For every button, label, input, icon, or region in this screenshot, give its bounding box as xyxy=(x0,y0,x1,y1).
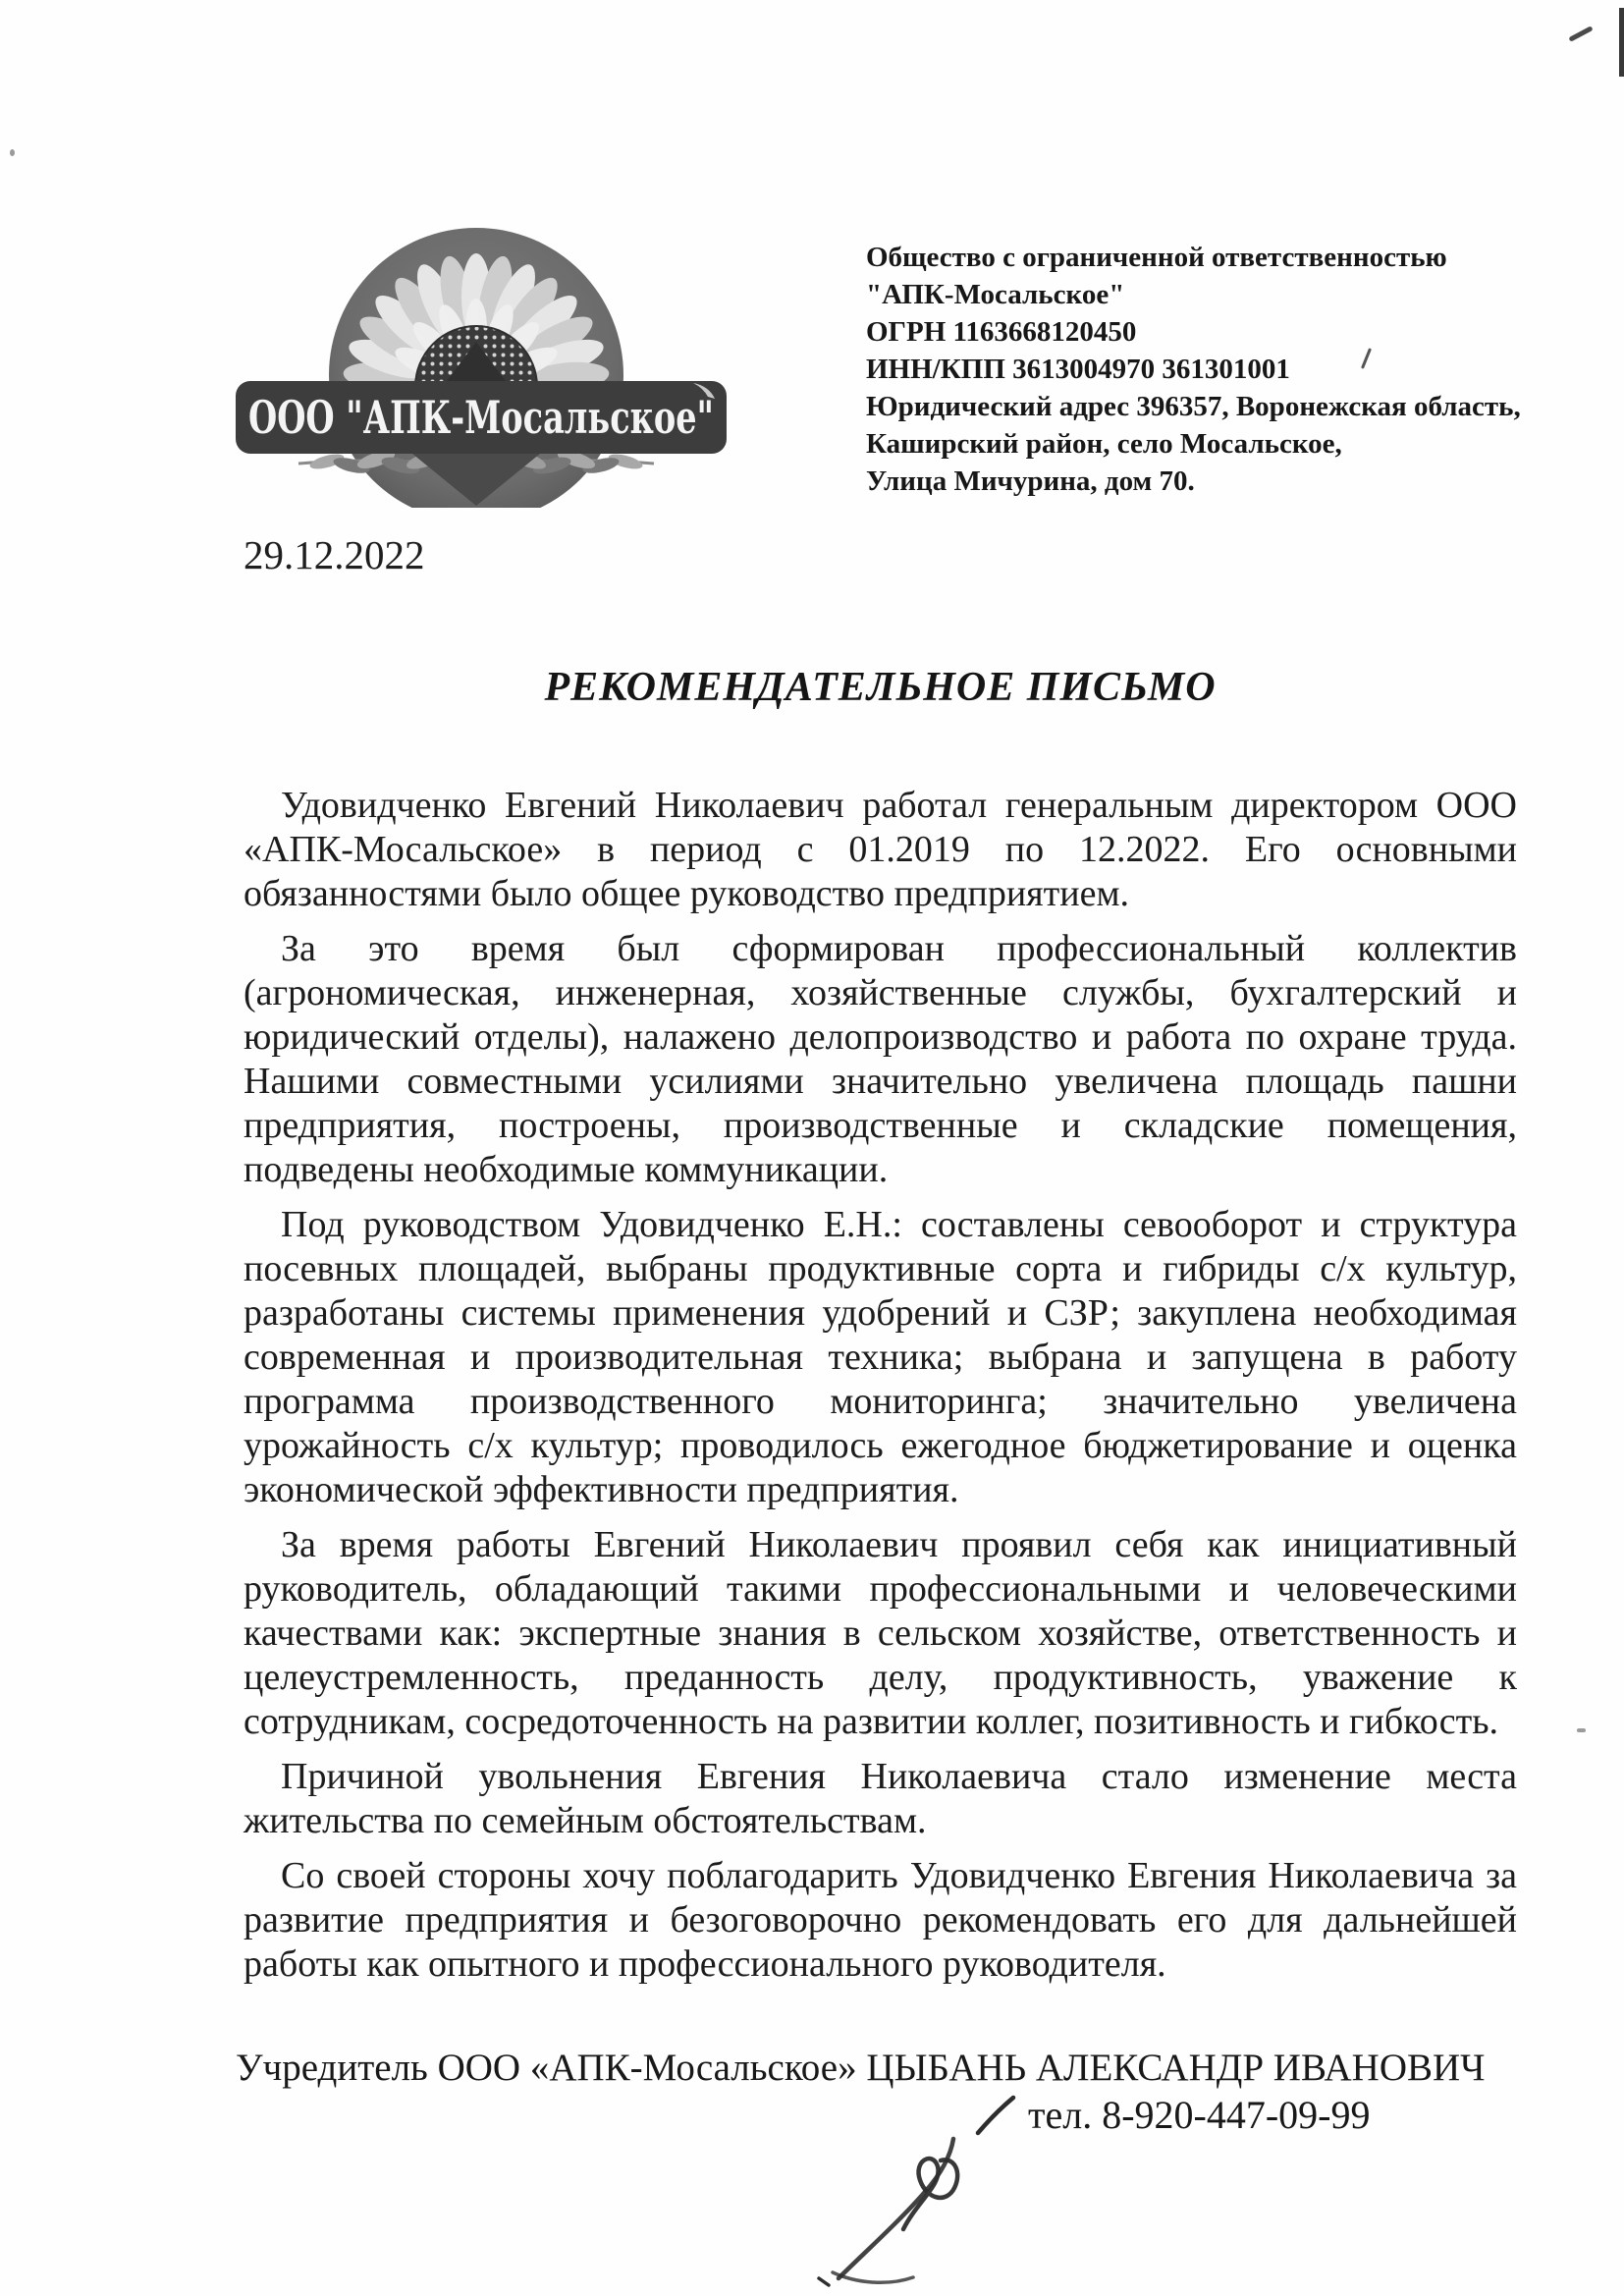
paragraph-intro: Удовидченко Евгений Николаевич работал г… xyxy=(244,784,1517,916)
letterhead-line: "АПК-Мосальское" xyxy=(866,276,1475,313)
paragraph-recommendation: Со своей стороны хочу поблагодарить Удов… xyxy=(244,1854,1517,1987)
letterhead-line-inn-kpp: ИНН/КПП 3613004970 361301001 xyxy=(866,351,1475,388)
scanned-letter-page: ООО "АПК-Мосальское" Общество с ограниче… xyxy=(0,0,1624,2296)
scan-artifact-speck xyxy=(1577,1728,1586,1732)
document-date: 29.12.2022 xyxy=(244,531,425,578)
company-details: Общество с ограниченной ответственностью… xyxy=(866,239,1475,500)
sunflower-wheat-emblem-icon: ООО "АПК-Мосальское" xyxy=(234,218,730,508)
letterhead-line-address: Улица Мичурина, дом 70. xyxy=(866,463,1475,500)
paragraph-qualities: За время работы Евгений Николаевич прояв… xyxy=(244,1523,1517,1744)
scan-artifact-speck xyxy=(10,149,15,156)
paragraph-achievements: Под руководством Удовидченко Е.Н.: соста… xyxy=(244,1203,1517,1512)
letterhead-line-address: Юридический адрес 396357, Воронежская об… xyxy=(866,388,1475,425)
handwritten-signature xyxy=(805,2082,1218,2296)
company-logo: ООО "АПК-Мосальское" xyxy=(234,218,730,508)
letterhead-line-ogrn: ОГРН 1163668120450 xyxy=(866,313,1475,351)
scan-artifact-dash xyxy=(1568,26,1593,42)
logo-banner-text: ООО "АПК-Мосальское" xyxy=(248,391,714,444)
letterhead-line-address: Каширский район, село Мосальское, xyxy=(866,425,1475,463)
document-title: РЕКОМЕНДАТЕЛЬНОЕ ПИСЬМО xyxy=(244,664,1517,711)
letter-body: Удовидченко Евгений Николаевич работал г… xyxy=(244,784,1517,1997)
paragraph-team: За это время был сформирован профессиона… xyxy=(244,927,1517,1192)
letterhead-line: Общество с ограниченной ответственностью xyxy=(866,239,1475,276)
paragraph-reason: Причиной увольнения Евгения Николаевича … xyxy=(244,1755,1517,1843)
scan-artifact-edge-bar xyxy=(1619,8,1624,77)
